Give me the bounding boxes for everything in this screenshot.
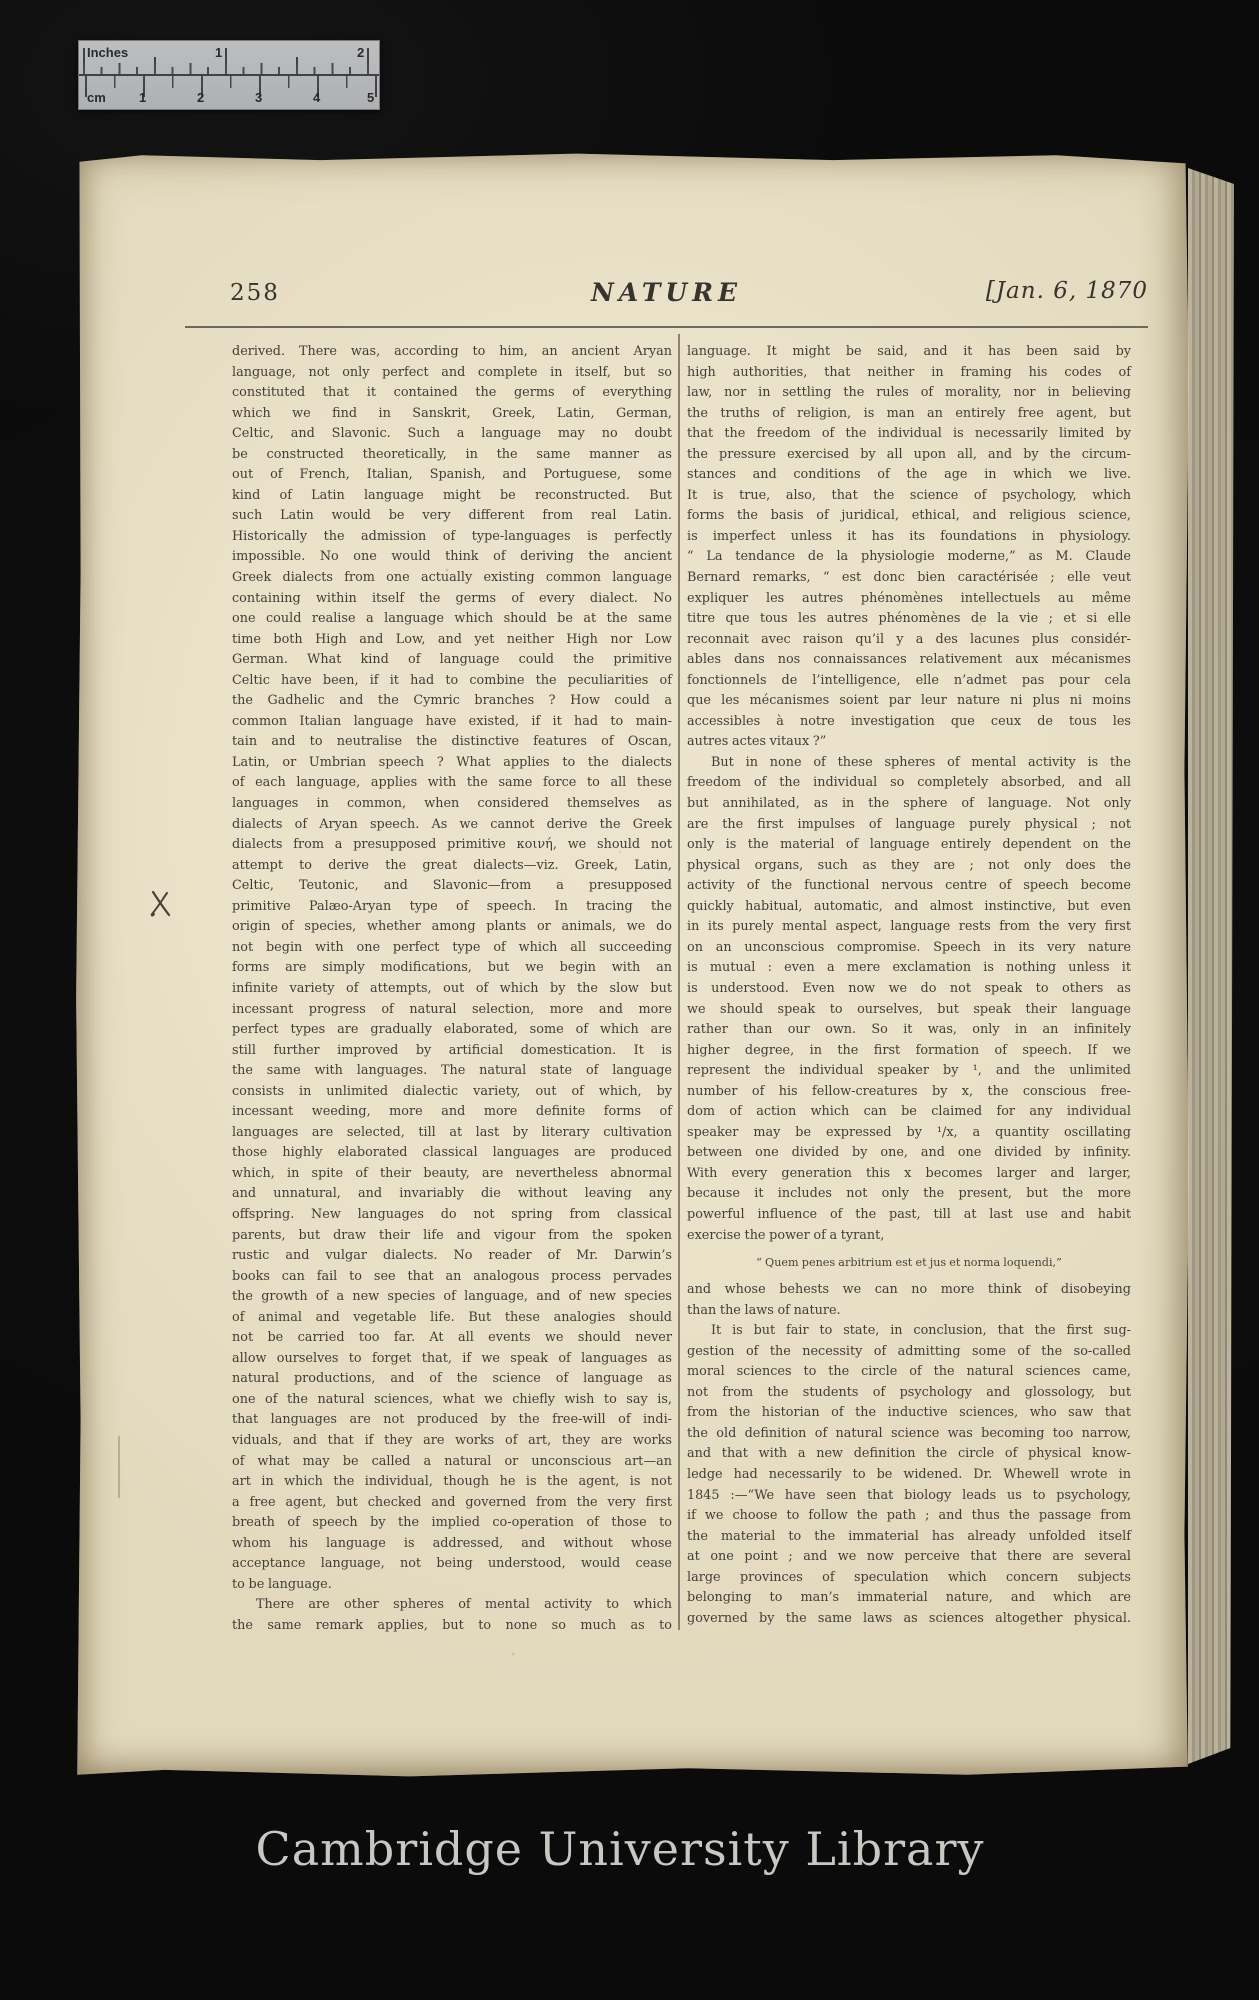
handwritten-x-mark [148, 888, 174, 918]
text-line: derived. There was, according to him, an… [232, 342, 672, 363]
text-line: one could realise a language which shoul… [232, 609, 672, 630]
text-line: still further improved by artificial dom… [232, 1041, 672, 1062]
text-line: time both High and Low, and yet neither … [232, 630, 672, 651]
column-divider-line [678, 334, 680, 1630]
text-line: Celtic, Teutonic, and Slavonic—from a pr… [232, 876, 672, 897]
ruler-cm-1-label: 1 [139, 90, 146, 105]
text-line: the Gadhelic and the Cymric branches ? H… [232, 691, 672, 712]
text-line: languages in common, when considered the… [232, 794, 672, 815]
text-line: autres actes vitaux ?” [687, 732, 1131, 753]
text-line: be constructed theoretically, in the sam… [232, 445, 672, 466]
text-line: than the laws of nature. [687, 1301, 1131, 1322]
text-line: language, not only perfect and complete … [232, 363, 672, 384]
text-line: It is true, also, that the science of ps… [687, 486, 1131, 507]
text-line: Celtic, and Slavonic. Such a language ma… [232, 424, 672, 445]
text-line: the old definition of natural science wa… [687, 1424, 1131, 1445]
text-line: law, nor in settling the rules of morali… [687, 383, 1131, 404]
text-line: and that with a new definition the circl… [687, 1444, 1131, 1465]
measurement-ruler: Inches 1 2 cm 1 2 3 4 5 [78, 40, 380, 110]
text-line: on an unconscious compromise. Speech in … [687, 938, 1131, 959]
text-line: origin of species, whether among plants … [232, 917, 672, 938]
issue-date: [Jan. 6, 1870 [648, 278, 1148, 304]
text-line: exercise the power of a tyrant, [687, 1226, 1131, 1247]
text-line: to be language. [232, 1575, 672, 1596]
text-line: freedom of the individual so completely … [687, 773, 1131, 794]
text-line: acceptance language, not being understoo… [232, 1554, 672, 1575]
text-line: stances and conditions of the age in whi… [687, 465, 1131, 486]
text-line: such Latin would be very different from … [232, 506, 672, 527]
text-line: the truths of religion, is man an entire… [687, 404, 1131, 425]
text-line: at one point ; and we now perceive that … [687, 1547, 1131, 1568]
text-line: fonctionnels de l’intelligence, elle n’a… [687, 671, 1131, 692]
text-line: of each language, applies with the same … [232, 773, 672, 794]
text-line: which we find in Sanskrit, Greek, Latin,… [232, 404, 672, 425]
text-line: of what may be called a natural or uncon… [232, 1452, 672, 1473]
text-line: breath of speech by the implied co-opera… [232, 1513, 672, 1534]
text-line: gestion of the necessity of admitting so… [687, 1342, 1131, 1363]
ruler-inch-1-label: 1 [215, 45, 222, 60]
text-line: parents, but draw their life and vigour … [232, 1226, 672, 1247]
text-line: 1845 :—“We have seen that biology leads … [687, 1486, 1131, 1507]
text-line: primitive Palæo-Aryan type of speech. In… [232, 897, 672, 918]
text-line: “ La tendance de la physiologie moderne,… [687, 547, 1131, 568]
half-cm-tick-marks [79, 76, 379, 88]
text-line: the pressure exercised by all upon all, … [687, 445, 1131, 466]
text-line: forms the basis of juridical, ethical, a… [687, 506, 1131, 527]
text-line: ables dans nos connaissances relativemen… [687, 650, 1131, 671]
text-line: common Italian language have existed, if… [232, 712, 672, 733]
text-line: and whose behests we can no more think o… [687, 1280, 1131, 1301]
text-line: kind of Latin language might be reconstr… [232, 486, 672, 507]
text-line: activity of the functional nervous centr… [687, 876, 1131, 897]
scanned-page-viewer: Inches 1 2 cm 1 2 3 4 5 258 NATURE [Jan.… [0, 0, 1259, 2000]
text-line: With every generation this x becomes lar… [687, 1164, 1131, 1185]
text-line: language. It might be said, and it has b… [687, 342, 1131, 363]
text-line: the same with languages. The natural sta… [232, 1061, 672, 1082]
text-line: offspring. New languages do not spring f… [232, 1205, 672, 1226]
text-line: governed by the same laws as sciences al… [687, 1609, 1131, 1630]
text-line: but annihilated, as in the sphere of lan… [687, 794, 1131, 815]
text-line: que les mécanismes soient par leur natur… [687, 691, 1131, 712]
text-line: that languages are not produced by the f… [232, 1410, 672, 1431]
text-line: the growth of a new species of language,… [232, 1287, 672, 1308]
ruler-cm-4-label: 4 [313, 90, 320, 105]
text-line: one of the natural sciences, what we chi… [232, 1390, 672, 1411]
book-page-edges [1188, 168, 1234, 1764]
text-line: expliquer les autres phénomènes intellec… [687, 589, 1131, 610]
text-line: is imperfect unless it has its foundatio… [687, 527, 1131, 548]
text-line: incessant weeding, more and more definit… [232, 1102, 672, 1123]
text-line: constituted that it contained the germs … [232, 383, 672, 404]
text-line: dom of action which can be claimed for a… [687, 1102, 1131, 1123]
text-line: powerful influence of the past, till at … [687, 1205, 1131, 1226]
text-line: and unnatural, and invariably die withou… [232, 1184, 672, 1205]
text-line: dialects of Aryan speech. As we cannot d… [232, 815, 672, 836]
ruler-cm-label: cm [87, 90, 106, 105]
text-line: Historically the admission of type-langu… [232, 527, 672, 548]
text-line: only is the material of language entirel… [687, 835, 1131, 856]
text-line: quickly habitual, automatic, and almost … [687, 897, 1131, 918]
text-line: large provinces of speculation which con… [687, 1568, 1131, 1589]
text-line: of animal and vegetable life. But these … [232, 1308, 672, 1329]
text-line: Bernard remarks, “ est donc bien caracté… [687, 568, 1131, 589]
text-line: between one divided by one, and one divi… [687, 1143, 1131, 1164]
article-right-column: language. It might be said, and it has b… [687, 342, 1131, 1629]
ruler-cm-3-label: 3 [255, 90, 262, 105]
text-line: Latin, or Umbrian speech ? What applies … [232, 753, 672, 774]
text-line: impossible. No one would think of derivi… [232, 547, 672, 568]
text-line: because it includes not only the present… [687, 1184, 1131, 1205]
text-line: Celtic have been, if it had to combine t… [232, 671, 672, 692]
text-line: There are other spheres of mental activi… [232, 1595, 672, 1616]
text-line: It is but fair to state, in conclusion, … [687, 1321, 1131, 1342]
text-line: languages are selected, till at last by … [232, 1123, 672, 1144]
text-line: speaker may be expressed by ¹/x, a quant… [687, 1123, 1131, 1144]
text-line: But in none of these spheres of mental a… [687, 753, 1131, 774]
text-line: whom his language is addressed, and with… [232, 1534, 672, 1555]
text-line: containing within itself the germs of ev… [232, 589, 672, 610]
text-line: ledge had necessarily to be widened. Dr.… [687, 1465, 1131, 1486]
text-line: physical organs, such as they are ; not … [687, 856, 1131, 877]
ruler-cm-5-label: 5 [367, 90, 374, 105]
text-line: natural productions, and of the science … [232, 1369, 672, 1390]
text-line: high authorities, that neither in framin… [687, 363, 1131, 384]
text-line: from the historian of the inductive scie… [687, 1403, 1131, 1424]
text-line: art in which the individual, though he i… [232, 1472, 672, 1493]
article-left-column: derived. There was, according to him, an… [232, 342, 672, 1636]
text-line: out of French, Italian, Spanish, and Por… [232, 465, 672, 486]
text-line: forms are simply modifications, but we b… [232, 958, 672, 979]
text-line: accessibles à notre investigation que ce… [687, 712, 1131, 733]
text-line: number of his fellow-creatures by x, the… [687, 1082, 1131, 1103]
library-watermark: Cambridge University Library [0, 1822, 1240, 1876]
text-line: rustic and vulgar dialects. No reader of… [232, 1246, 672, 1267]
text-line: the same remark applies, but to none so … [232, 1616, 672, 1637]
text-line: perfect types are gradually elaborated, … [232, 1020, 672, 1041]
header-rule [185, 326, 1148, 328]
text-line: we should speak to ourselves, but speak … [687, 1000, 1131, 1021]
ruler-cm-2-label: 2 [197, 90, 204, 105]
text-line: if we choose to follow the path ; and th… [687, 1506, 1131, 1527]
text-line: represent the individual speaker by ¹, a… [687, 1061, 1131, 1082]
text-line: reconnait avec raison qu’il y a des lacu… [687, 630, 1131, 651]
text-line: rather than our own. So it was, only in … [687, 1020, 1131, 1041]
text-line: not from the students of psychology and … [687, 1383, 1131, 1404]
text-line: is understood. Even now we do not speak … [687, 979, 1131, 1000]
text-line: those highly elaborated classical langua… [232, 1143, 672, 1164]
text-line: are the first impulses of language purel… [687, 815, 1131, 836]
text-line: moral sciences to the circle of the natu… [687, 1362, 1131, 1383]
text-line: books can fail to see that an analogous … [232, 1267, 672, 1288]
text-line: attempt to derive the great dialects—viz… [232, 856, 672, 877]
text-line: viduals, and that if they are works of a… [232, 1431, 672, 1452]
eighth-inch-tick-marks [79, 67, 379, 74]
text-line: consists in unlimited dialectic variety,… [232, 1082, 672, 1103]
text-line: allow ourselves to forget that, if we sp… [232, 1349, 672, 1370]
text-line: titre que tous les autres phénomènes de … [687, 609, 1131, 630]
text-line: a free agent, but checked and governed f… [232, 1493, 672, 1514]
text-line: German. What kind of language could the … [232, 650, 672, 671]
text-line: not be carried too far. At all events we… [232, 1328, 672, 1349]
text-line: belonging to man’s immaterial nature, an… [687, 1588, 1131, 1609]
text-line: which, in spite of their beauty, are nev… [232, 1164, 672, 1185]
text-line: not begin with one perfect type of which… [232, 938, 672, 959]
text-line: dialects from a presupposed primitive κο… [232, 835, 672, 856]
text-line: “ Quem penes arbitrium est et jus et nor… [687, 1246, 1131, 1280]
text-line: that the freedom of the individual is ne… [687, 424, 1131, 445]
text-line: the material to the immaterial has alrea… [687, 1527, 1131, 1548]
ruler-inches-label: Inches [87, 45, 128, 60]
text-line: infinite variety of attempts, out of whi… [232, 979, 672, 1000]
text-line: is mutual : even a mere exclamation is n… [687, 958, 1131, 979]
paper-crease [118, 1436, 120, 1498]
text-line: in its purely mental aspect, language re… [687, 917, 1131, 938]
text-line: higher degree, in the first formation of… [687, 1041, 1131, 1062]
text-line: incessant progress of natural selection,… [232, 1000, 672, 1021]
ruler-inch-2-label: 2 [357, 45, 364, 60]
text-line: Greek dialects from one actually existin… [232, 568, 672, 589]
text-line: tain and to neutralise the distinctive f… [232, 732, 672, 753]
